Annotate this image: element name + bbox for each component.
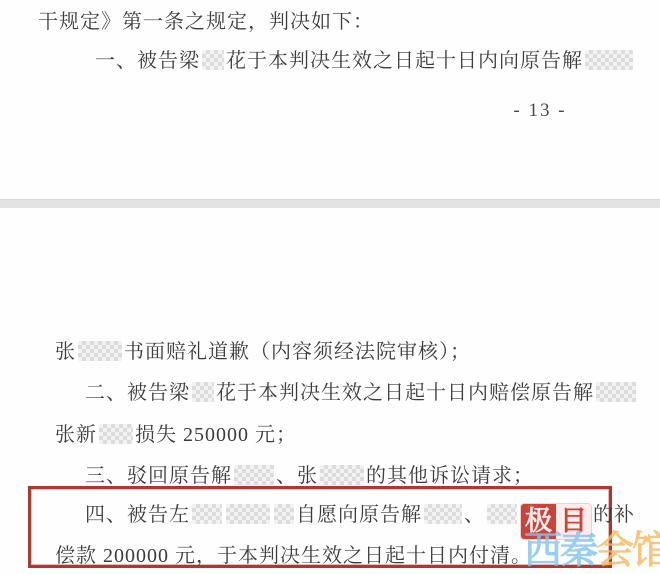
item4-separator: 、 xyxy=(464,504,485,526)
item4-prefix: 四、被告左 xyxy=(85,504,190,526)
redaction-blur xyxy=(487,504,517,524)
redaction-blur xyxy=(226,504,270,524)
judgment-intro-line: 干规定》第一条之规定，判决如下： xyxy=(38,5,374,34)
apology-prefix: 张 xyxy=(55,341,76,363)
item2-mid: 花于本判决生效之日起十日内赔偿原告解 xyxy=(216,382,594,404)
item3-prefix: 三、驳回原告解 xyxy=(85,465,232,487)
redaction-blur xyxy=(274,504,294,524)
item4-suffix: 的补 xyxy=(593,504,635,526)
redaction-blur xyxy=(424,504,462,524)
redaction-blur xyxy=(192,504,222,524)
court-judgment-scan: 干规定》第一条之规定，判决如下： 一、被告梁花于本判决生效之日起十日内向原告解 … xyxy=(0,0,660,574)
redaction-blur xyxy=(78,341,122,361)
watermark-part-blue: 西秦 xyxy=(524,530,596,572)
xiqin-huiguan-watermark: 西秦会馆 xyxy=(524,531,660,571)
judgment-item-3: 三、驳回原告解、张的其他诉讼请求； xyxy=(85,459,534,488)
item2-cont-prefix: 张新 xyxy=(55,424,97,446)
page-number: - 13 - xyxy=(500,100,580,122)
redaction-blur xyxy=(99,424,133,444)
redaction-blur xyxy=(596,382,636,402)
intro-text: 干规定》第一条之规定，判决如下： xyxy=(38,11,374,33)
judgment-item-2: 二、被告梁花于本判决生效之日起十日内赔偿原告解 xyxy=(85,376,638,405)
redaction-blur xyxy=(202,50,224,70)
judgment-item-4-continued: 偿款 200000 元，于本判决生效之日起十日内付清。 xyxy=(55,539,532,568)
judgment-item-2-continued: 张新损失 250000 元； xyxy=(55,418,297,447)
item1-prefix: 一、被告梁 xyxy=(95,50,200,72)
page-break-divider xyxy=(0,199,660,208)
apology-suffix: 书面赔礼道歉（内容须经法院审核）； xyxy=(124,341,471,363)
watermark-part-orange: 会馆 xyxy=(596,530,660,572)
redaction-blur xyxy=(320,465,364,485)
item2-cont-suffix: 损失 250000 元； xyxy=(135,424,297,446)
redaction-blur xyxy=(234,465,274,485)
item3-suffix: 的其他诉讼请求； xyxy=(366,465,534,487)
item1-mid: 花于本判决生效之日起十日内向原告解 xyxy=(226,50,583,72)
judgment-item-1: 一、被告梁花于本判决生效之日起十日内向原告解 xyxy=(95,44,635,73)
apology-line: 张书面赔礼道歉（内容须经法院审核）； xyxy=(55,335,471,364)
redaction-blur xyxy=(192,382,214,402)
redaction-blur xyxy=(585,50,633,70)
item4-mid: 自愿向原告解 xyxy=(296,504,422,526)
item3-mid: 、张 xyxy=(276,465,318,487)
item2-prefix: 二、被告梁 xyxy=(85,382,190,404)
